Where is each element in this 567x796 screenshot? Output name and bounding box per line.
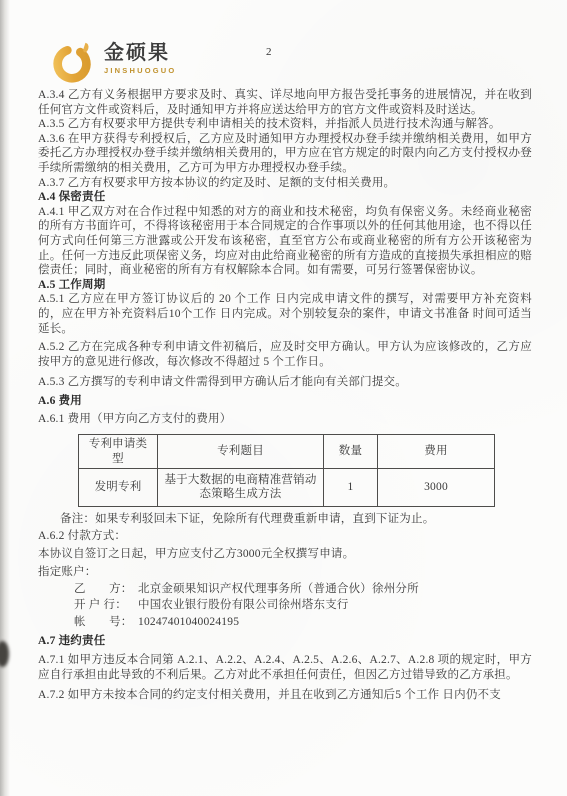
account-label-number: 帐 号： [74, 614, 138, 631]
fee-table: 专利申请类型 专利题目 数量 费用 发明专利 基于大数据的电商精准营销动态策略生… [78, 434, 495, 507]
scanned-contract-page: 金硕果 JINSHUOGUO 2 A.3.4 乙方有义务根据甲方要求及时、真实、… [0, 0, 567, 796]
payment-terms: 本协议自签订之日起，甲方应支付乙方3000元全权撰写申请。 [38, 545, 532, 563]
fee-cell-quantity: 1 [324, 469, 378, 507]
account-label-party-b: 乙 方： [74, 581, 138, 598]
fee-table-header-title: 专利题目 [158, 435, 324, 469]
fee-table-header-fee: 费用 [378, 435, 495, 469]
account-title: 指定账户： [38, 563, 532, 581]
clause-a-7-1: A.7.1 如甲方违反本合同第 A.2.1、A.2.2、A.2.4、A.2.5、… [38, 653, 532, 682]
account-label-bank: 开 户 行： [74, 597, 138, 614]
fee-cell-patent-type: 发明专利 [79, 469, 158, 507]
clause-a-5-1: A.5.1 乙方应在甲方签订协议后的 20 个工作 日内完成申请文件的撰写，对需… [38, 292, 532, 336]
contract-body: A.3.4 乙方有义务根据甲方要求及时、真实、详尽地向甲方报告受托事务的进展情况… [38, 88, 532, 703]
clause-a-3-5: A.3.5 乙方有权要求甲方提供专利申请相关的技术资料，并指派人员进行技术沟通与… [38, 117, 532, 132]
clause-a-3-7: A.3.7 乙方有权要求甲方按本协议的约定及时、足额的支付相关费用。 [38, 176, 532, 191]
company-letterhead: 金硕果 JINSHUOGUO [50, 36, 176, 84]
jinshuoguo-gold-fruit-icon [50, 38, 96, 84]
brand-name: 金硕果 [104, 42, 176, 64]
brand-subtitle: JINSHUOGUO [104, 66, 176, 75]
scan-left-edge-shadow [0, 0, 10, 796]
payment-block: A.6.2 付款方式： 本协议自签订之日起，甲方应支付乙方3000元全权撰写申请… [38, 527, 532, 581]
fee-table-header-row: 专利申请类型 专利题目 数量 费用 [79, 435, 495, 469]
section-title-a-6: A.6 费用 [38, 394, 532, 409]
clause-a-3-6: A.3.6 在甲方获得专利授权后，乙方应及时通知甲方办理授权办登手续并缴纳相关费… [38, 132, 532, 176]
clause-a-5-2: A.5.2 乙方在完成各种专利申请文件初稿后，应及时交甲方确认。甲方认为应该修改… [38, 340, 532, 369]
clause-a-5-3: A.5.3 乙方撰写的专利申请文件需得到甲方确认后才能向有关部门提交。 [38, 375, 532, 390]
section-title-a-5: A.5 工作周期 [38, 278, 532, 293]
account-value-number: 10247401040024195 [138, 616, 239, 628]
account-line-bank: 开 户 行：中国农业银行股份有限公司徐州塔东支行 [74, 597, 532, 614]
fee-cell-patent-title: 基于大数据的电商精准营销动态策略生成方法 [158, 469, 324, 507]
section-title-a-4: A.4 保密责任 [38, 190, 532, 205]
section-title-a-7: A.7 违约责任 [38, 634, 532, 649]
clause-a-4-1: A.4.1 甲乙双方对在合作过程中知悉的对方的商业和技术秘密，均负有保密义务。未… [38, 205, 532, 278]
fee-table-data-row: 发明专利 基于大数据的电商精准营销动态策略生成方法 1 3000 [79, 469, 495, 507]
fee-cell-fee: 3000 [378, 469, 495, 507]
account-line-party-b: 乙 方：北京金硕果知识产权代理事务所（普通合伙）徐州分所 [74, 581, 532, 598]
clause-a-3-4: A.3.4 乙方有义务根据甲方要求及时、真实、详尽地向甲方报告受托事务的进展情况… [38, 88, 532, 117]
clause-a-7-2: A.7.2 如甲方未按本合同的约定支付相关费用，并且在收到乙方通知后5 个工作 … [38, 688, 532, 703]
bank-account-block: 乙 方：北京金硕果知识产权代理事务所（普通合伙）徐州分所 开 户 行：中国农业银… [74, 581, 532, 631]
clause-a-6-1: A.6.1 费用（甲方向乙方支付的费用） [38, 412, 532, 427]
account-value-party-b: 北京金硕果知识产权代理事务所（普通合伙）徐州分所 [138, 583, 419, 595]
fee-table-header-quantity: 数量 [324, 435, 378, 469]
page-number: 2 [266, 46, 272, 58]
account-line-number: 帐 号：10247401040024195 [74, 614, 532, 631]
fee-table-header-type: 专利申请类型 [79, 435, 158, 469]
brand-text-block: 金硕果 JINSHUOGUO [104, 36, 176, 75]
account-value-bank: 中国农业银行股份有限公司徐州塔东支行 [138, 599, 349, 611]
clause-a-6-2: A.6.2 付款方式： [38, 527, 532, 545]
table-note: 备注：如果专利驳回未下证，免除所有代理费重新申请，直到下证为止。 [38, 512, 532, 527]
